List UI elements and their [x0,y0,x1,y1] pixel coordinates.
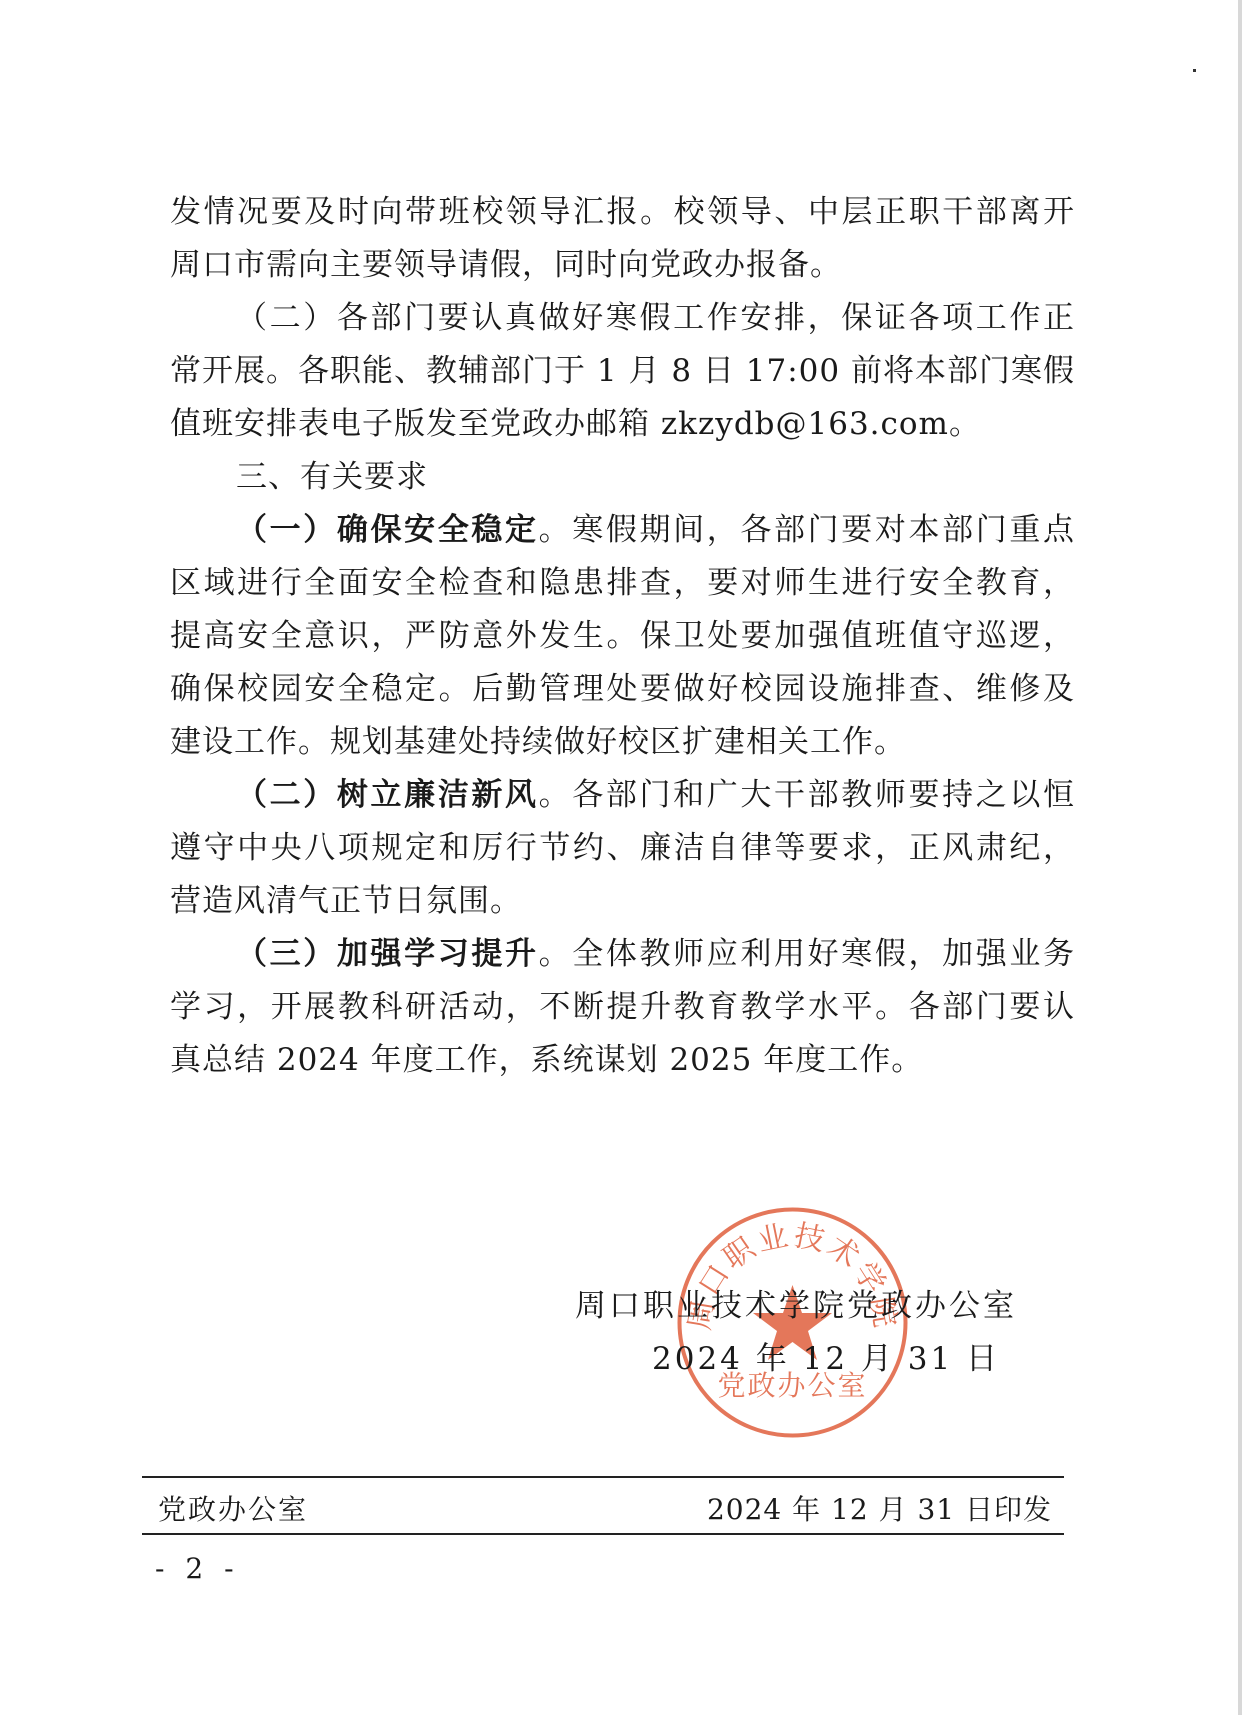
requirement-item-1: （一）确保安全稳定。寒假期间，各部门要对本部门重点 [170,504,1075,557]
requirement-item-3: （三）加强学习提升。全体教师应利用好寒假，加强业务 [170,928,1075,981]
text-line: 建设工作。规划基建处持续做好校区扩建相关工作。 [170,716,1075,769]
item-text: 。寒假期间，各部门要对本部门重点 [539,512,1075,548]
text-line: 真总结 2024 年度工作，系统谋划 2025 年度工作。 [170,1034,1075,1087]
text-line: 周口市需向主要领导请假，同时向党政办报备。 [170,239,1075,292]
footer-issuer: 党政办公室 [158,1488,308,1528]
scan-edge [1238,0,1242,1715]
text-line: 营造风清气正节日氛围。 [170,875,1075,928]
text-line: 提高安全意识，严防意外发生。保卫处要加强值班值守巡逻， [170,610,1075,663]
text-line: 区域进行全面安全检查和隐患排查，要对师生进行安全教育， [170,557,1075,610]
item-label: （三）加强学习提升 [236,936,539,972]
text-line: 学习，开展教科研活动，不断提升教育教学水平。各部门要认 [170,981,1075,1034]
item-label: （一）确保安全稳定 [236,512,539,548]
footer-bottom-rule [142,1533,1064,1535]
document-body: 发情况要及时向带班校领导汇报。校领导、中层正职干部离开 周口市需向主要领导请假，… [170,186,1075,1087]
text-line: 常开展。各职能、教辅部门于 1 月 8 日 17:00 前将本部门寒假 [170,345,1075,398]
footer-issue-date: 2024 年 12 月 31 日印发 [707,1488,1052,1528]
scan-speck [1193,69,1196,72]
text-line: 发情况要及时向带班校领导汇报。校领导、中层正职干部离开 [170,186,1075,239]
section-heading: 三、有关要求 [170,451,1075,504]
requirement-item-2: （二）树立廉洁新风。各部门和广大干部教师要持之以恒 [170,769,1075,822]
item-text: 。全体教师应利用好寒假，加强业务 [539,936,1075,972]
text-line: 值班安排表电子版发至党政办邮箱 zkzydb@163.com。 [170,398,1075,451]
signature-date: 2024 年 12 月 31 日 [652,1333,1000,1378]
text-line: 遵守中央八项规定和厉行节约、廉洁自律等要求，正风肃纪， [170,822,1075,875]
page-number: - 2 - [155,1552,240,1585]
text-line: 确保校园安全稳定。后勤管理处要做好校园设施排查、维修及 [170,663,1075,716]
text-line: （二）各部门要认真做好寒假工作安排，保证各项工作正 [170,292,1075,345]
footer-top-rule [142,1476,1064,1478]
signature-organization: 周口职业技术学院党政办公室 [575,1280,1017,1325]
item-label: （二）树立廉洁新风 [236,777,539,813]
item-text: 。各部门和广大干部教师要持之以恒 [539,777,1075,813]
